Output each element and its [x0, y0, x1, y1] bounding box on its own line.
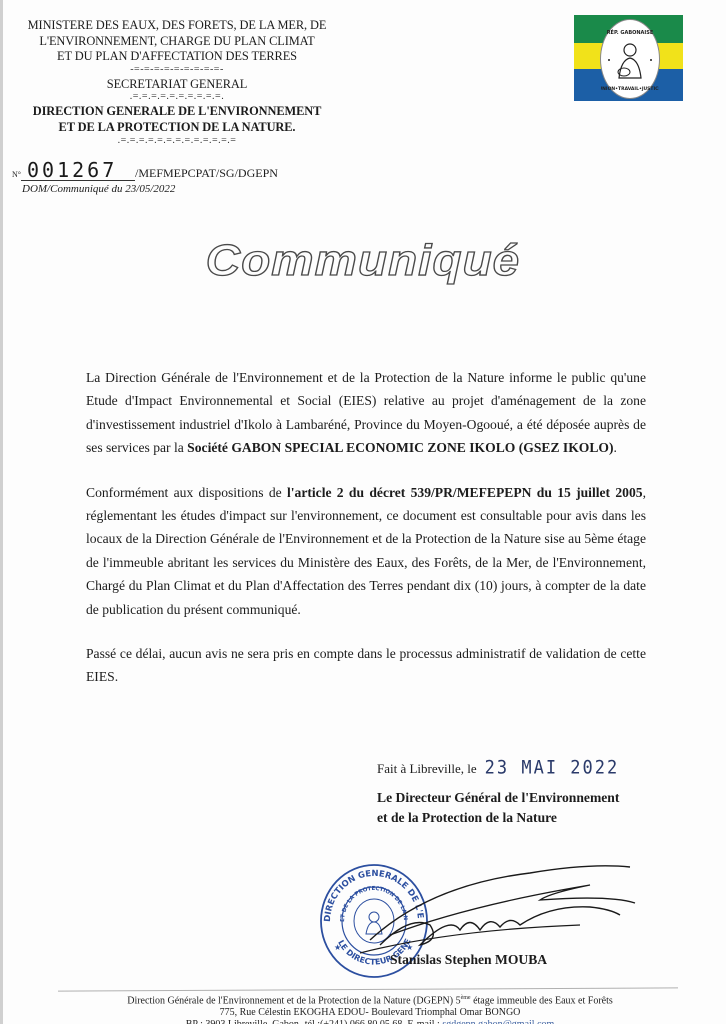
- page-left-edge: [0, 0, 3, 1024]
- direction-line-1: DIRECTION GENERALE DE L'ENVIRONNEMENT: [12, 104, 342, 120]
- gabon-flag-emblem: RÉP. GABONAISE UNION•TRAVAIL•JUSTICE: [574, 15, 683, 101]
- header-separator: .=.=.=.=.=.=.=.=.=.=.=.=.=: [12, 136, 342, 146]
- handwritten-signature: [350, 845, 640, 965]
- signatory-title-line-2: et de la Protection de la Nature: [377, 808, 677, 828]
- ministry-line-1: MINISTERE DES EAUX, DES FORETS, DE LA ME…: [12, 18, 342, 34]
- signatory-title-line-1: Le Directeur Général de l'Environnement: [377, 788, 677, 808]
- footer-address: Direction Générale de l'Environnement et…: [60, 992, 680, 1024]
- footer-line-3: BP : 3903 Libreville, Gabon- tél :(+241)…: [60, 1019, 680, 1024]
- signing-date-stamp: 23 MAI 2022: [485, 757, 620, 779]
- header-separator: .=.=.=.=.=.=.=.=.=.=.: [12, 92, 342, 102]
- ministry-line-3: ET DU PLAN D'AFFECTATION DES TERRES: [12, 49, 342, 65]
- reference-code: /MEFMEPCPAT/SG/DGEPN: [135, 166, 278, 180]
- secretariat-general: SECRETARIAT GENERAL: [12, 77, 342, 93]
- svg-text:RÉP. GABONAISE: RÉP. GABONAISE: [607, 28, 654, 36]
- header-separator: -=-=-=-=-=-=-=-=-=-: [12, 65, 342, 75]
- dom-reference: DOM/Communiqué du 23/05/2022: [12, 183, 342, 195]
- ministry-header: MINISTERE DES EAUX, DES FORETS, DE LA ME…: [12, 18, 342, 146]
- republic-seal-icon: RÉP. GABONAISE UNION•TRAVAIL•JUSTICE: [600, 19, 660, 99]
- paragraph-3: Passé ce délai, aucun avis ne sera pris …: [86, 642, 646, 689]
- svg-text:UNION•TRAVAIL•JUSTICE: UNION•TRAVAIL•JUSTICE: [601, 86, 659, 92]
- company-name: Société GABON SPECIAL ECONOMIC ZONE IKOL…: [187, 440, 613, 455]
- footer-divider: [58, 987, 678, 991]
- document-title: Communiqué: [0, 236, 726, 286]
- signoff-block: Fait à Libreville, le23 MAI 2022 Le Dire…: [377, 758, 677, 828]
- footer-line-2: 775, Rue Célestin EKOGHA EDOU- Boulevard…: [60, 1007, 680, 1019]
- communique-body: La Direction Générale de l'Environnement…: [86, 366, 646, 710]
- decree-reference: l'article 2 du décret 539/PR/MEFEPEPN du…: [287, 485, 643, 500]
- svg-text:★: ★: [334, 943, 341, 952]
- signer-name: Stanislas Stephen MOUBA: [390, 952, 547, 968]
- paragraph-1: La Direction Générale de l'Environnement…: [86, 366, 646, 460]
- number-prefix: N°: [12, 170, 21, 179]
- footer-email-link[interactable]: sgdgepn.gabon@gmail.com: [442, 1019, 554, 1024]
- reference-block: N°001267/MEFMEPCPAT/SG/DGEPN DOM/Communi…: [12, 160, 342, 195]
- paragraph-2: Conformément aux dispositions de l'artic…: [86, 481, 646, 621]
- direction-line-2: ET DE LA PROTECTION DE LA NATURE.: [12, 120, 342, 136]
- ministry-line-2: L'ENVIRONNEMENT, CHARGE DU PLAN CLIMAT: [12, 34, 342, 50]
- reference-number: 001267: [21, 160, 135, 181]
- footer-line-1: Direction Générale de l'Environnement et…: [60, 992, 680, 1007]
- signing-place: Fait à Libreville, le: [377, 761, 477, 777]
